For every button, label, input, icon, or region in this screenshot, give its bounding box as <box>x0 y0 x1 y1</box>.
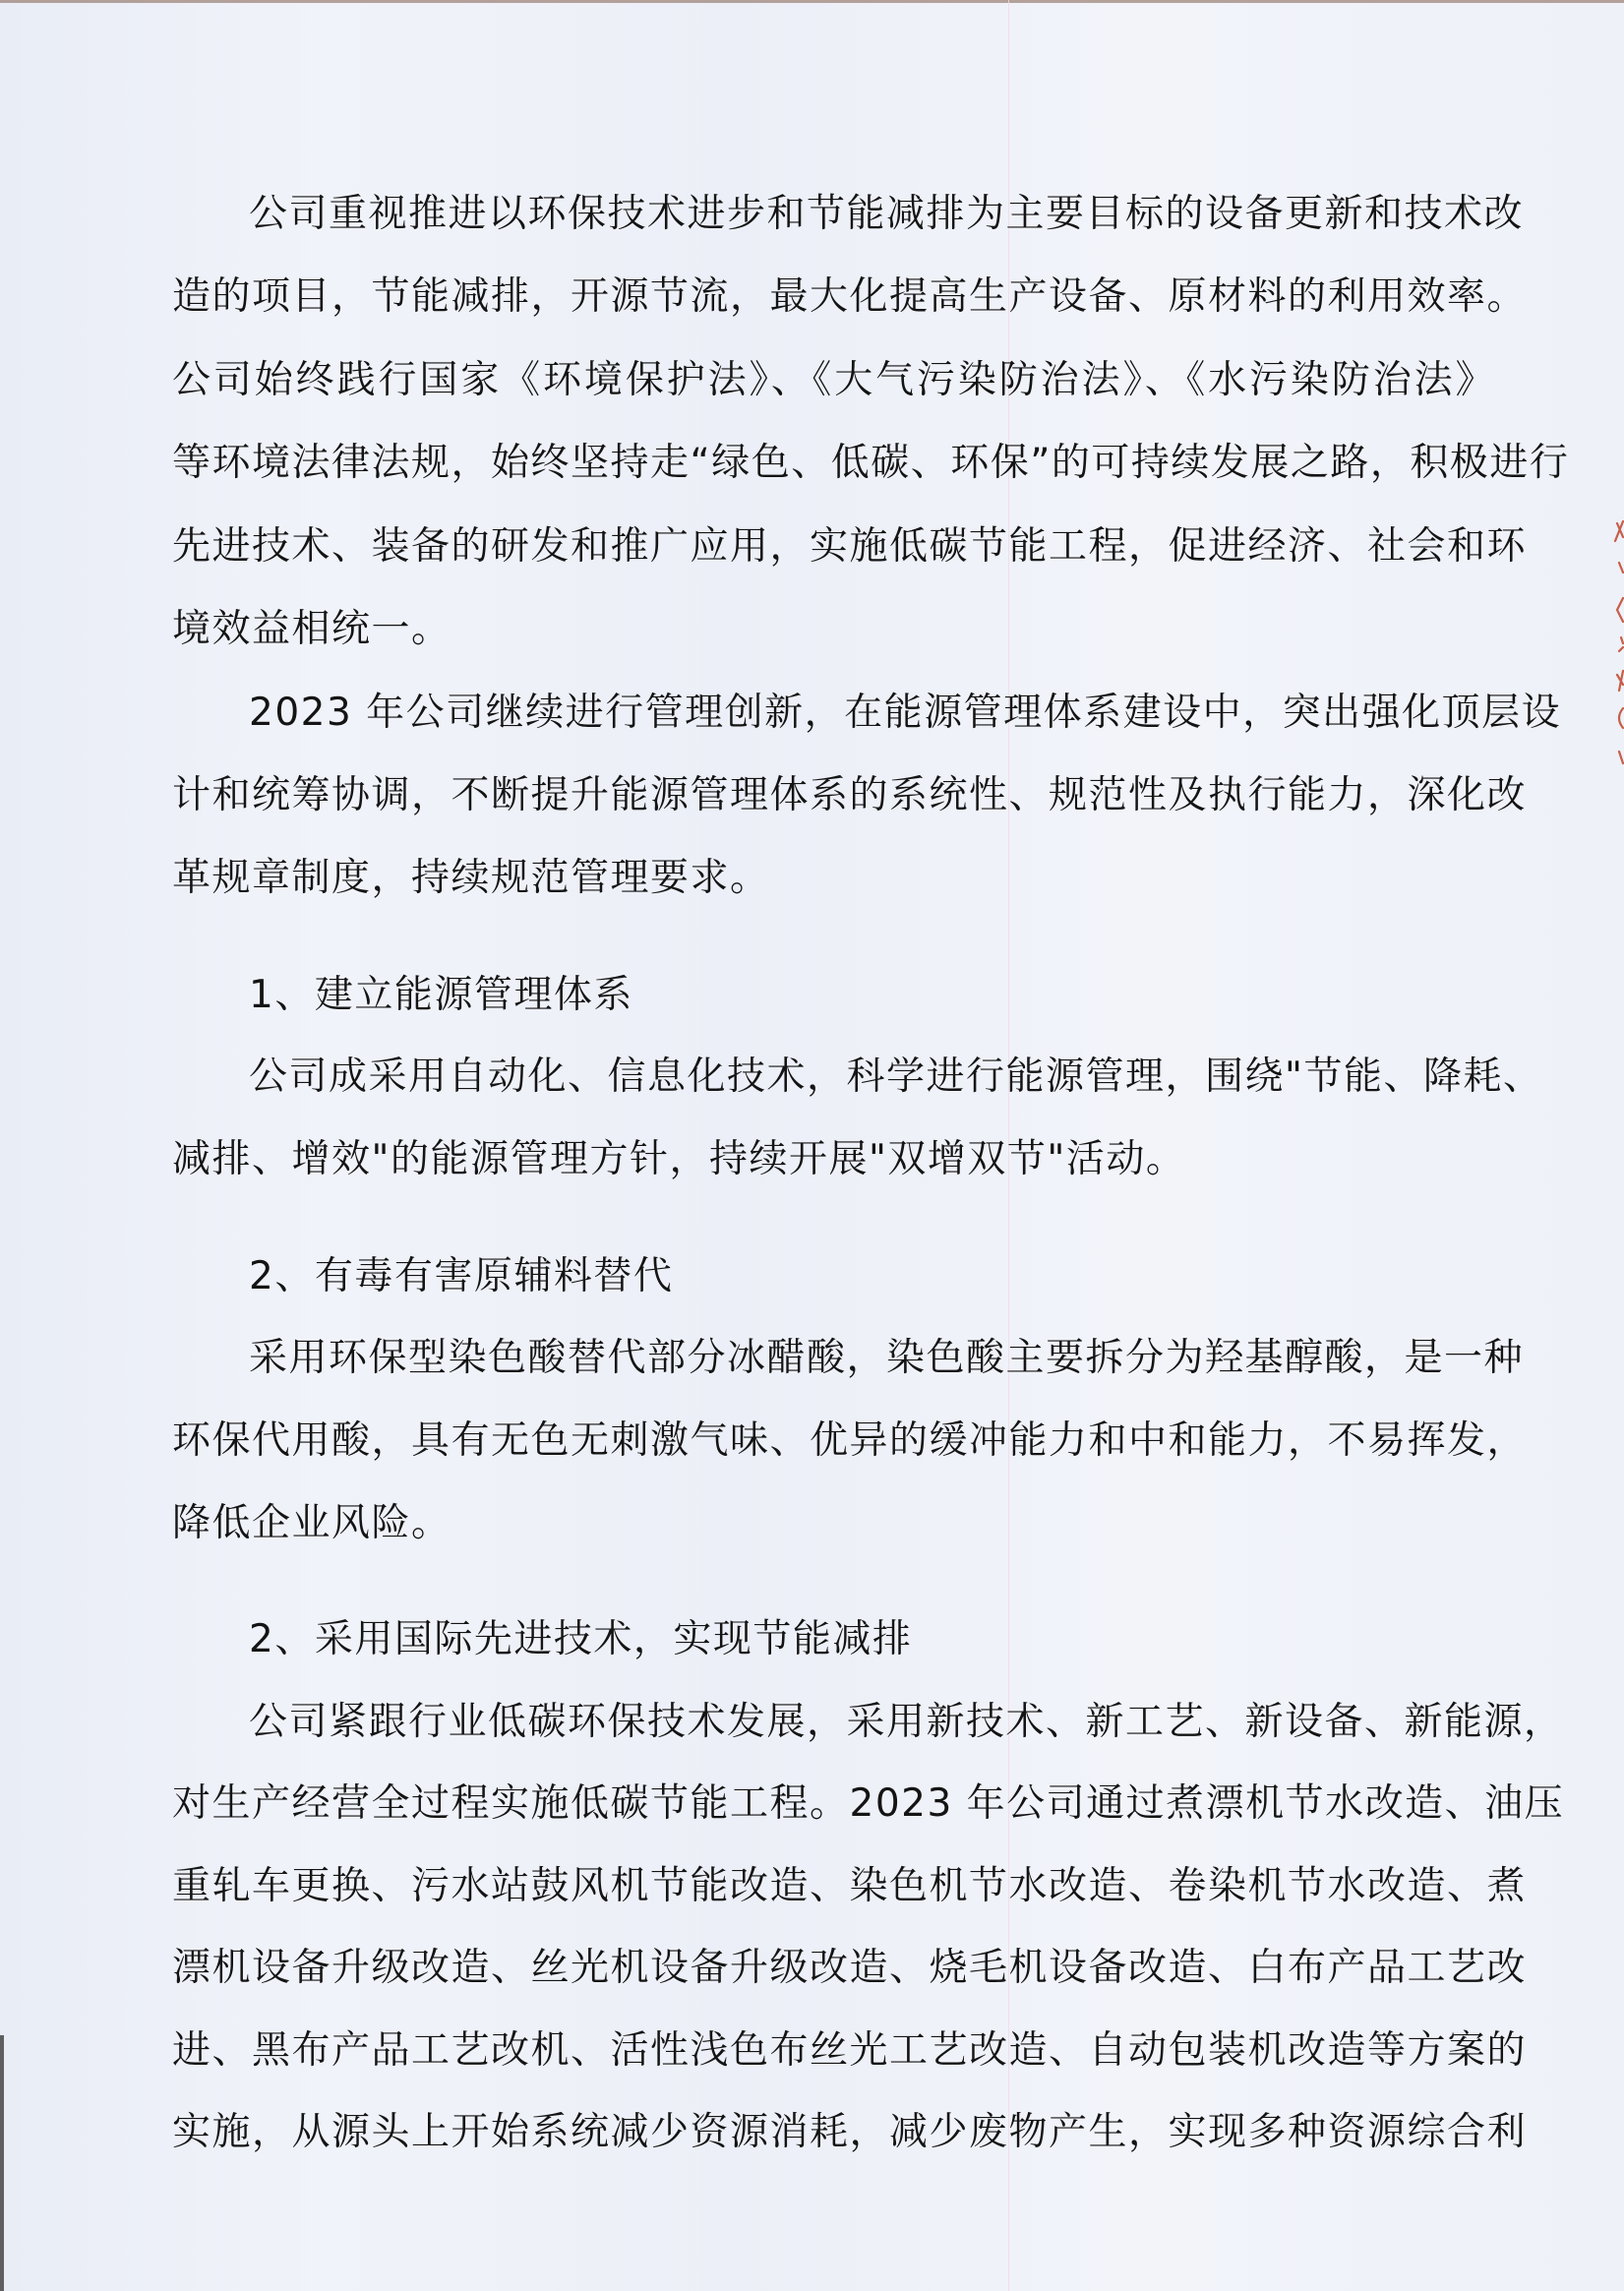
document-page: 公司重视推进以环保技术进步和节能减排为主要目标的设备更新和技术改 造的项目，节能… <box>0 0 1624 2291</box>
paragraph-5-line-3: 重轧车更换、污水站鼓风机节能改造、染色机节水改造、卷染机节水改造、煮 <box>172 1865 1495 1908</box>
paragraph-5-line-4: 漂机设备升级改造、丝光机设备升级改造、烧毛机设备改造、白布产品工艺改 <box>172 1947 1495 1990</box>
section-heading-2: 2、有毒有害原辅料替代 <box>249 1255 673 1298</box>
paragraph-1-line-3: 公司始终践行国家《环境保护法》、《大气污染防治法》、《水污染防治法》 <box>172 359 1495 402</box>
paragraph-1-line-2: 造的项目，节能减排，开源节流，最大化提高生产设备、原材料的利用效率。 <box>172 275 1495 319</box>
paragraph-1-line-4: 等环境法律法规，始终坚持走“绿色、低碳、环保”的可持续发展之路，积极进行 <box>172 442 1495 485</box>
scan-top-edge <box>0 0 1624 3</box>
paragraph-5-line-6: 实施，从源头上开始系统减少资源消耗，减少废物产生，实现多种资源综合利 <box>172 2111 1495 2154</box>
paragraph-5-line-1: 公司紧跟行业低碳环保技术发展，采用新技术、新工艺、新设备、新能源， <box>249 1701 1495 1744</box>
paragraph-4-line-1: 采用环保型染色酸替代部分冰醋酸，染色酸主要拆分为羟基醇酸，是一种 <box>249 1337 1495 1380</box>
paragraph-1-line-5: 先进技术、装备的研发和推广应用，实施低碳节能工程，促进经济、社会和环 <box>172 525 1495 569</box>
section-heading-1: 1、建立能源管理体系 <box>249 974 633 1017</box>
red-seal-fragment-icon <box>1603 512 1624 767</box>
paragraph-1-line-6: 境效益相统一。 <box>172 608 451 651</box>
scan-left-edge <box>0 2035 4 2291</box>
paragraph-4-line-3: 降低企业风险。 <box>172 1502 451 1545</box>
section-heading-3: 2、采用国际先进技术，实现节能减排 <box>249 1618 912 1661</box>
paragraph-2-line-1: 2023 年公司继续进行管理创新，在能源管理体系建设中，突出强化顶层设 <box>249 692 1495 735</box>
paragraph-3-line-2: 减排、增效"的能源管理方针，持续开展"双增双节"活动。 <box>172 1138 1185 1181</box>
paragraph-5-line-2: 对生产经营全过程实施低碳节能工程。2023 年公司通过煮漂机节水改造、油压 <box>172 1782 1495 1826</box>
paragraph-3-line-1: 公司成采用自动化、信息化技术，科学进行能源管理，围绕"节能、降耗、 <box>249 1055 1495 1099</box>
paragraph-1-line-1: 公司重视推进以环保技术进步和节能减排为主要目标的设备更新和技术改 <box>249 193 1495 236</box>
paragraph-5-line-5: 进、黑布产品工艺改机、活性浅色布丝光工艺改造、自动包装机改造等方案的 <box>172 2029 1495 2073</box>
paragraph-4-line-2: 环保代用酸，具有无色无刺激气味、优异的缓冲能力和中和能力，不易挥发， <box>172 1419 1495 1463</box>
paragraph-2-line-3: 革规章制度，持续规范管理要求。 <box>172 857 770 900</box>
paragraph-2-line-2: 计和统筹协调，不断提升能源管理体系的系统性、规范性及执行能力，深化改 <box>172 774 1495 817</box>
